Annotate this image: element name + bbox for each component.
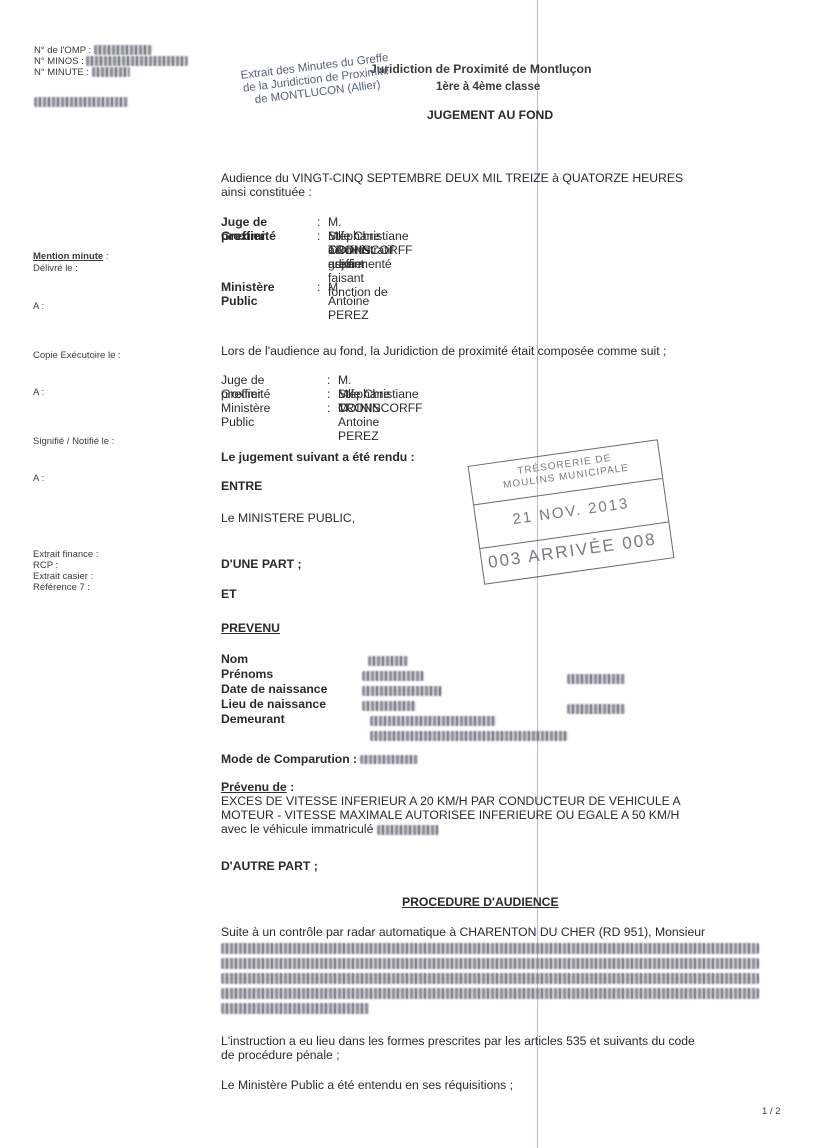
vehicule-label: avec le véhicule immatriculé [221, 822, 373, 836]
une-part: D'UNE PART ; [221, 557, 302, 571]
fond-intro: Lors de l'audience au fond, la Juridicti… [221, 344, 666, 358]
composition-value: greffier [328, 257, 366, 271]
prevenu-de-suffix: : [287, 780, 294, 794]
delivre-a: A : [33, 301, 44, 312]
ministere-public: Le MINISTERE PUBLIC, [221, 511, 355, 525]
redacted-procedure-5 [221, 1000, 369, 1018]
colon: : [327, 373, 330, 387]
procedure-heading: PROCEDURE D'AUDIENCE [402, 895, 559, 909]
colon: : [317, 215, 320, 229]
fond-label: Greffier [221, 387, 261, 401]
entre: ENTRE [221, 479, 262, 493]
delivre-le: Délivré le : [33, 263, 78, 274]
prevenu-heading: PREVENU [221, 621, 280, 635]
redacted-lieu-extra [567, 700, 625, 718]
omp-label: N° de l'OMP : [34, 45, 91, 56]
composition-label: Ministère Public [221, 280, 275, 308]
signifie-notifie: Signifié / Notifié le : [33, 436, 114, 447]
composition-value: M. Antoine PEREZ [328, 280, 369, 322]
redacted-plate [377, 825, 439, 835]
mention-minute-label: Mention minute [33, 251, 103, 262]
minos-label: N° MINOS : [34, 56, 84, 67]
redacted-header-line [34, 93, 128, 111]
reference-7: Référence 7 : [33, 582, 90, 593]
court-name: Juridiction de Proximité de Montluçon [370, 62, 591, 76]
mention-minute-suffix: : [103, 251, 108, 262]
mode-comparution-label: Mode de Comparution : [221, 752, 357, 766]
prevenu-field-nom: Nom [221, 652, 248, 666]
arrival-stamp-header: TRÉSORERIE DE MOULINS MUNICIPALE [470, 446, 661, 496]
requisitions: Le Ministère Public a été entendu en ses… [221, 1078, 513, 1092]
arrival-stamp: TRÉSORERIE DE MOULINS MUNICIPALE 21 NOV.… [468, 439, 675, 585]
greffe-extract-stamp: Extrait des Minutes du Greffe de la Juri… [240, 52, 392, 109]
page-number: 1 / 2 [762, 1106, 781, 1117]
fond-label: Ministère Public [221, 401, 270, 429]
prevenu-field-lieu-naissance: Lieu de naissance [221, 697, 326, 711]
charge-line-2: MOTEUR - VITESSE MAXIMALE AUTORISEE INFE… [221, 808, 679, 822]
extrait-finance: Extrait finance : [33, 549, 98, 560]
instruction-line-2: de procédure pénale ; [221, 1048, 340, 1062]
prevenu-field-prenoms: Prénoms [221, 667, 273, 681]
signifie-a: A : [33, 473, 44, 484]
document-type: JUGEMENT AU FOND [427, 108, 553, 122]
court-class: 1ère à 4ème classe [436, 80, 540, 94]
redacted-adresse-2 [370, 727, 568, 745]
autre-part: D'AUTRE PART ; [221, 859, 318, 873]
colon: : [327, 387, 330, 401]
colon: : [327, 401, 330, 415]
colon: : [317, 229, 320, 243]
charge-line-1: EXCES DE VITESSE INFERIEUR A 20 KM/H PAR… [221, 794, 681, 808]
mode-comparution: Mode de Comparution : [221, 752, 418, 766]
colon: : [317, 280, 320, 294]
charge-line-3: avec le véhicule immatriculé [221, 822, 439, 836]
procedure-line-1: Suite à un contrôle par radar automatiqu… [221, 925, 705, 939]
mention-minute: Mention minute : [33, 251, 108, 262]
composition-label: Greffier [221, 229, 265, 243]
redacted-minos [86, 56, 188, 66]
prevenu-field-date-naissance: Date de naissance [221, 682, 327, 696]
prevenu-de: Prévenu de : [221, 780, 294, 794]
minute-label: N° MINUTE : [34, 67, 89, 78]
copie-a: A : [33, 387, 44, 398]
extrait-casier: Extrait casier : [33, 571, 93, 582]
rcp: RCP : [33, 560, 58, 571]
jugement-rendu: Le jugement suivant a été rendu : [221, 450, 415, 464]
omp-ref: N° de l'OMP : [34, 45, 152, 56]
audience-intro-line2: ainsi constituée : [221, 185, 312, 199]
prevenu-field-demeurant: Demeurant [221, 712, 285, 726]
copie-executoire: Copie Exécutoire le : [33, 350, 121, 361]
audience-intro-line1: Audience du VINGT-CINQ SEPTEMBRE DEUX MI… [221, 171, 683, 185]
minos-ref: N° MINOS : [34, 56, 188, 67]
redacted-minute [92, 67, 130, 77]
redacted-mode [360, 755, 418, 764]
instruction-line-1: L'instruction a eu lieu dans les formes … [221, 1034, 695, 1048]
redacted-prenoms-extra [567, 670, 625, 688]
fond-value: M. Antoine PEREZ [338, 401, 379, 443]
redacted-omp [94, 45, 152, 55]
prevenu-de-label: Prévenu de [221, 780, 287, 794]
et: ET [221, 587, 237, 601]
minute-ref: N° MINUTE : [34, 67, 130, 78]
